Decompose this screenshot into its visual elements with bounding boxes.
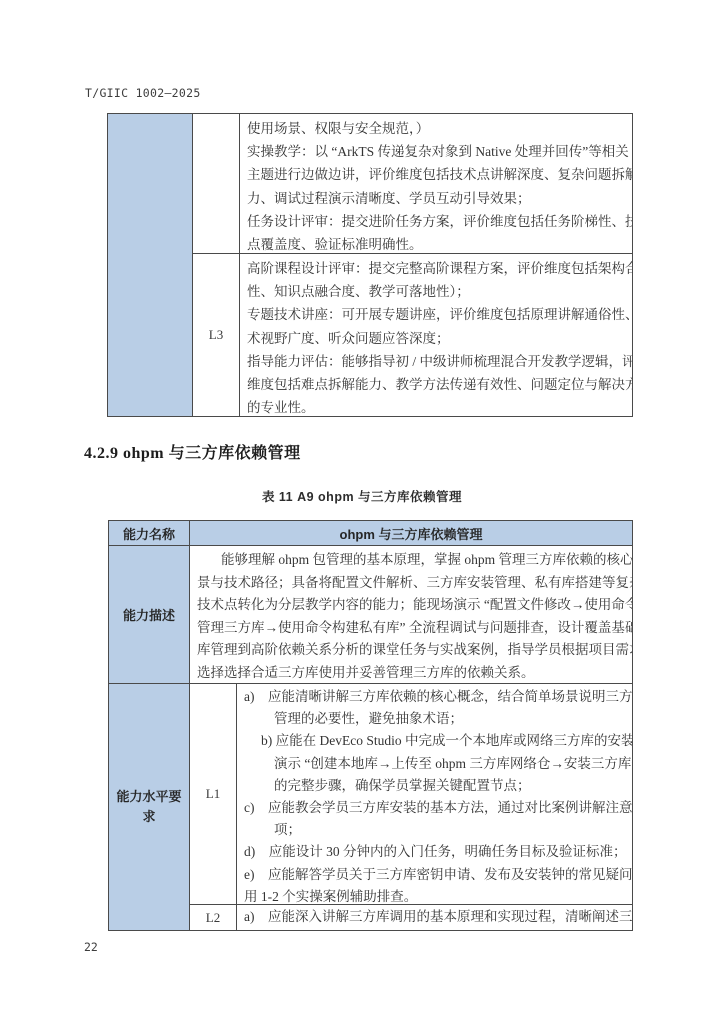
text-line: 能够理解 ohpm 包管理的基本原理，掌握 ohpm 管理三方库依赖的核心场 bbox=[221, 549, 627, 572]
text-line: 演示 “创建本地库→上传至 ohpm 三方库网络仓→安装三方库” bbox=[274, 753, 627, 775]
text-line: c) 应能教会学员三方库安装的基本方法，通过对比案例讲解注意事 bbox=[244, 797, 627, 819]
level-l3-text: 高阶课程设计评审：提交完整高阶课程方案，评价维度包括架构合理性、知识点融合度、教… bbox=[240, 254, 632, 416]
text-line: 管理三方库→使用命令构建私有库” 全流程调试与问题排查，设计覆盖基础 bbox=[197, 617, 627, 640]
text-line: 术视野广度、听众问题应答深度； bbox=[247, 327, 627, 350]
text-line: 技术点转化为分层教学内容的能力；能现场演示 “配置文件修改→使用命令 bbox=[197, 594, 627, 617]
capability-description-text: 能够理解 ohpm 包管理的基本原理，掌握 ohpm 管理三方库依赖的核心场景与… bbox=[190, 546, 632, 683]
text-line: e) 应能解答学员关于三方库密钥申请、发布及安装钟的常见疑问， bbox=[244, 864, 627, 886]
section-heading: 4.2.9 ohpm 与三方库依赖管理 bbox=[84, 440, 301, 463]
text-line: 高阶课程设计评审：提交完整高阶课程方案，评价维度包括架构合理 bbox=[247, 257, 627, 280]
text-line: 实操教学：以 “ArkTS 传递复杂对象到 Native 处理并回传”等相关 bbox=[247, 140, 627, 163]
text-line: 的专业性。 bbox=[247, 396, 627, 416]
level-l3-label: L3 bbox=[209, 327, 223, 343]
table-a9-ohpm: 能力名称 ohpm 与三方库依赖管理 能力描述 能够理解 ohpm 包管理的基本… bbox=[108, 520, 633, 931]
text-line: 指导能力评估：能够指导初 / 中级讲师梳理混合开发教学逻辑，评价 bbox=[247, 350, 627, 373]
table-row-l3: L3 高阶课程设计评审：提交完整高阶课程方案，评价维度包括架构合理性、知识点融合… bbox=[193, 254, 632, 416]
table-caption: 表 11 A9 ohpm 与三方库依赖管理 bbox=[0, 487, 724, 505]
text-line: 的完整步骤，确保学员掌握关键配置节点； bbox=[274, 775, 627, 797]
text-line: 力、调试过程演示清晰度、学员互动引导效果； bbox=[247, 187, 627, 210]
text-line: 维度包括难点拆解能力、教学方法传递有效性、问题定位与解决方案 bbox=[247, 373, 627, 396]
text-line: 选择选择合适三方库使用并妥善管理三方库的依赖关系。 bbox=[197, 662, 627, 684]
text-line: 用 1-2 个实操案例辅助排查。 bbox=[244, 886, 627, 904]
level-subrows: L1 a) 应能清晰讲解三方库依赖的核心概念，结合简单场景说明三方库管理的必要性… bbox=[190, 684, 632, 930]
text-line: 专题技术讲座：可开展专题讲座，评价维度包括原理讲解通俗性、技 bbox=[247, 303, 627, 326]
text-line: 项； bbox=[274, 819, 627, 841]
capability-description-row: 能力描述 能够理解 ohpm 包管理的基本原理，掌握 ohpm 管理三方库依赖的… bbox=[109, 546, 632, 684]
text-line: a) 应能深入讲解三方库调用的基本原理和实现过程，清晰阐述三方 bbox=[244, 905, 627, 929]
level-l2-label: L2 bbox=[206, 910, 220, 926]
capability-level-row: 能力水平要求 L1 a) 应能清晰讲解三方库依赖的核心概念，结合简单场景说明三方… bbox=[109, 684, 632, 930]
table-capability-continuation: 使用场景、权限与安全规范，）实操教学：以 “ArkTS 传递复杂对象到 Nati… bbox=[107, 113, 633, 417]
text-line: 点覆盖度、验证标准明确性。 bbox=[247, 233, 627, 253]
level-cell-empty bbox=[193, 114, 240, 253]
text-line: 景与技术路径；具备将配置文件解析、三方库安装管理、私有库搭建等复杂 bbox=[197, 572, 627, 595]
text-line: 性、知识点融合度、教学可落地性）； bbox=[247, 280, 627, 303]
level-cell-l3: L3 bbox=[193, 254, 240, 416]
level-l2-text: a) 应能深入讲解三方库调用的基本原理和实现过程，清晰阐述三方 bbox=[237, 905, 632, 930]
text-line: a) 应能清晰讲解三方库依赖的核心概念，结合简单场景说明三方库 bbox=[244, 686, 627, 708]
capability-description-label: 能力描述 bbox=[109, 546, 190, 683]
level-l1-label: L1 bbox=[206, 786, 220, 802]
text-line: d) 应能设计 30 分钟内的入门任务，明确任务目标及验证标准； bbox=[244, 841, 627, 863]
document-code: T/GIIC 1002—2025 bbox=[85, 86, 201, 100]
text-line: 库管理到高阶依赖关系分析的课堂任务与实战案例，指导学员根据项目需求 bbox=[197, 639, 627, 662]
table-header-row: 能力名称 ohpm 与三方库依赖管理 bbox=[109, 521, 632, 546]
level-l1-text: a) 应能清晰讲解三方库依赖的核心概念，结合简单场景说明三方库管理的必要性，避免… bbox=[237, 684, 632, 904]
capability-name-label: 能力名称 bbox=[109, 521, 190, 545]
level-row-l1: L1 a) 应能清晰讲解三方库依赖的核心概念，结合简单场景说明三方库管理的必要性… bbox=[190, 684, 632, 905]
level-l2-continuation-text: 使用场景、权限与安全规范，）实操教学：以 “ArkTS 传递复杂对象到 Nati… bbox=[240, 114, 632, 253]
capability-level-label-cell-empty bbox=[108, 114, 193, 416]
text-line: 主题进行边做边讲，评价维度包括技术点讲解深度、复杂问题拆解能 bbox=[247, 163, 627, 186]
text-line: 使用场景、权限与安全规范，） bbox=[247, 117, 627, 140]
text-line: 管理的必要性，避免抽象术语； bbox=[274, 708, 627, 730]
table-rows: 使用场景、权限与安全规范，）实操教学：以 “ArkTS 传递复杂对象到 Nati… bbox=[193, 114, 632, 416]
level-cell-l1: L1 bbox=[190, 684, 237, 904]
capability-name-value: ohpm 与三方库依赖管理 bbox=[190, 521, 632, 545]
capability-level-label-text: 能力水平要求 bbox=[113, 787, 185, 827]
table-row-l2-continuation: 使用场景、权限与安全规范，）实操教学：以 “ArkTS 传递复杂对象到 Nati… bbox=[193, 114, 632, 254]
document-page: T/GIIC 1002—2025 使用场景、权限与安全规范，）实操教学：以 “A… bbox=[0, 0, 724, 1024]
level-cell-l2: L2 bbox=[190, 905, 237, 930]
page-number: 22 bbox=[84, 940, 98, 954]
text-line: 任务设计评审：提交进阶任务方案，评价维度包括任务阶梯性、技术 bbox=[247, 210, 627, 233]
level-row-l2: L2 a) 应能深入讲解三方库调用的基本原理和实现过程，清晰阐述三方 bbox=[190, 905, 632, 930]
capability-level-label: 能力水平要求 bbox=[109, 684, 190, 930]
text-line: b) 应能在 DevEco Studio 中完成一个本地库或网络三方库的安装， bbox=[261, 730, 627, 752]
